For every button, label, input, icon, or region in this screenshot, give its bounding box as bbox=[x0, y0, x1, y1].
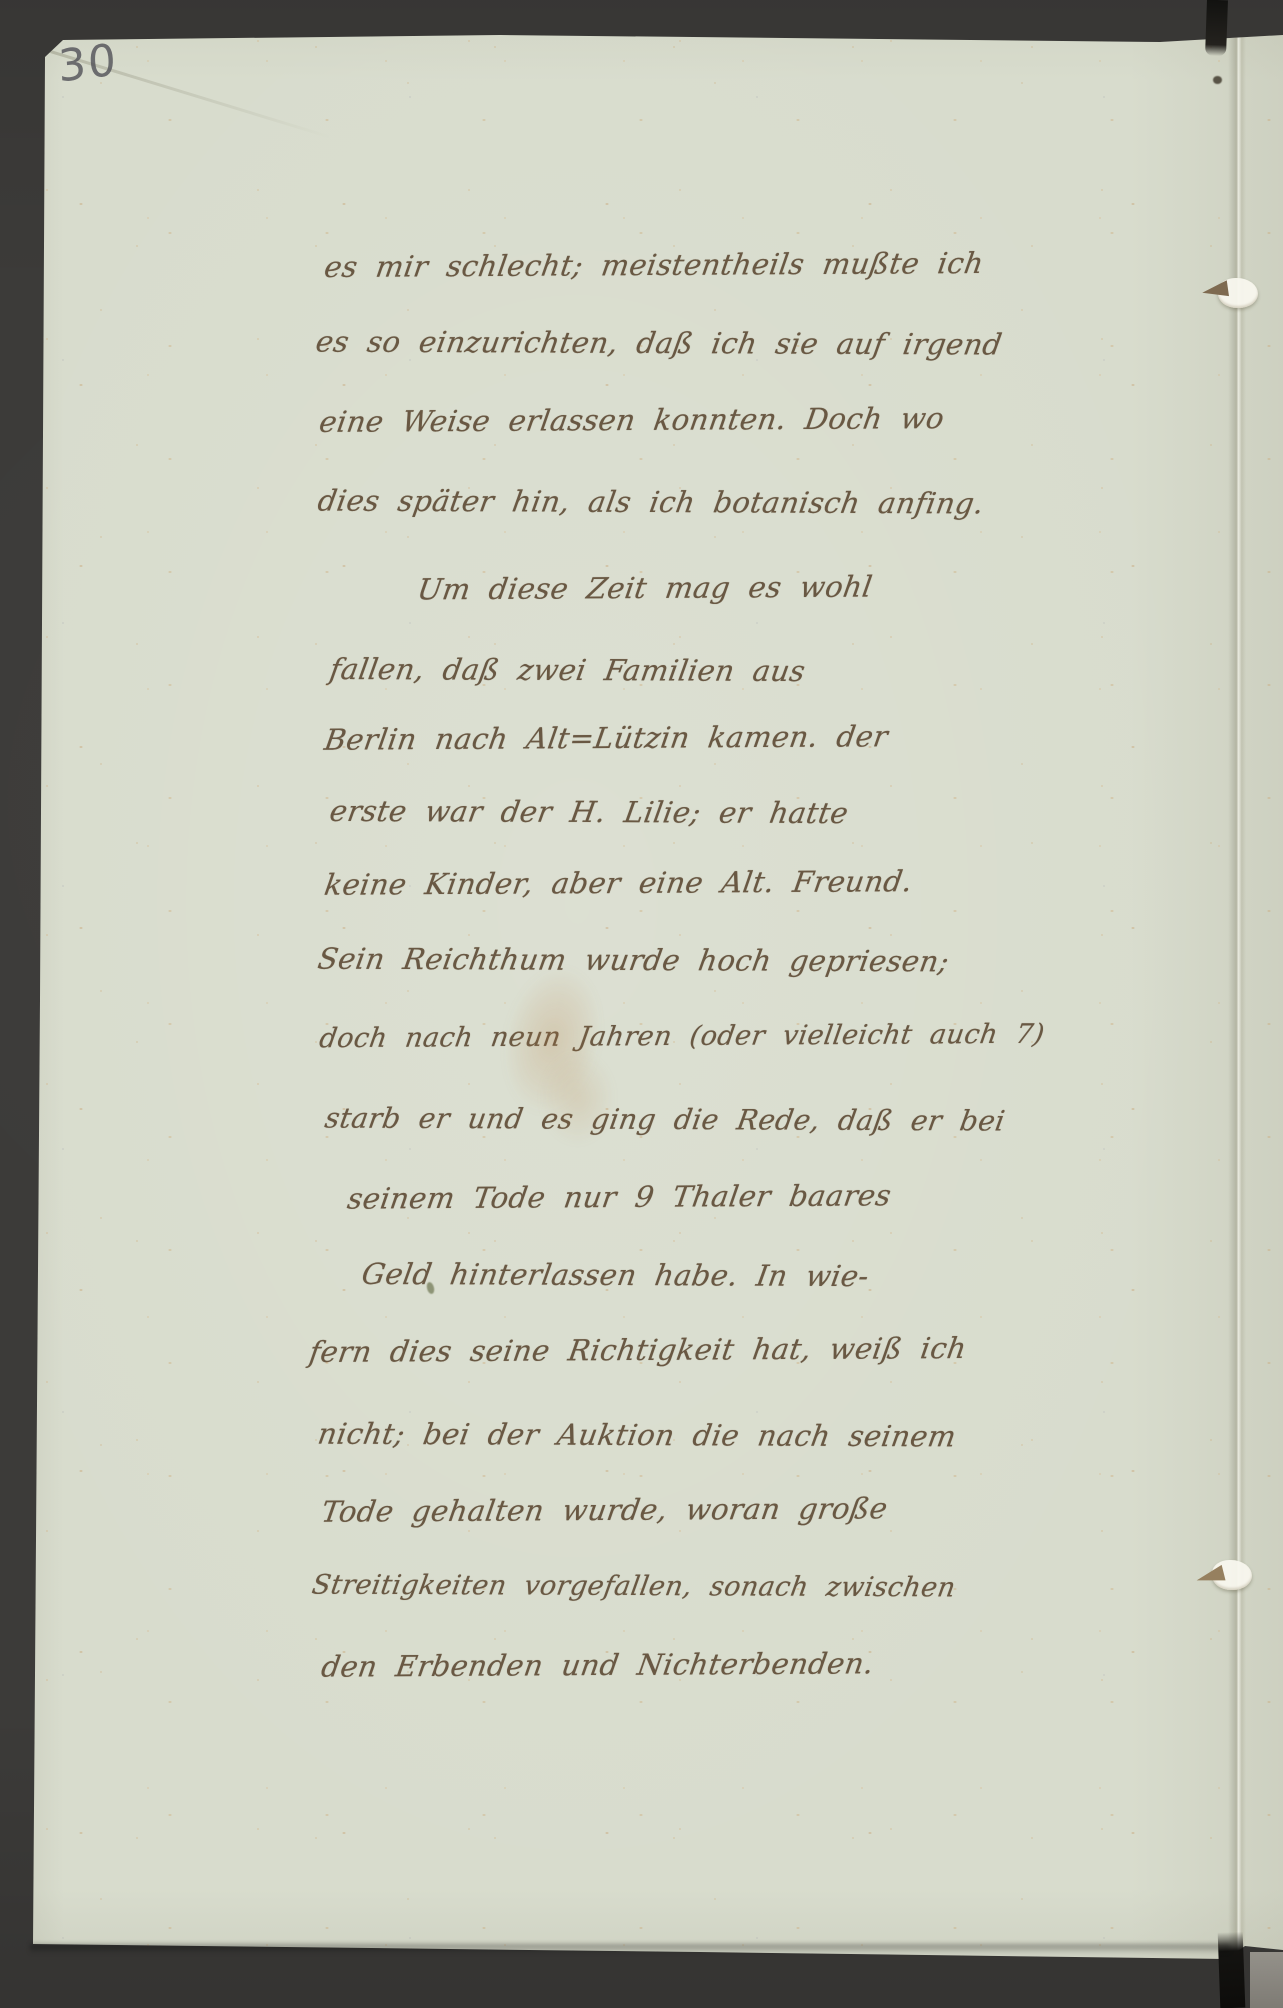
manuscript-page: 30 es mir schlecht; meistentheils mußte … bbox=[0, 0, 1283, 2008]
binding-crease bbox=[1228, 36, 1246, 1952]
handwriting-line: es mir schlecht; meistentheils mußte ich bbox=[322, 246, 986, 284]
paper-fibre-speckles bbox=[0, 0, 1283, 2008]
handwriting-line: erste war der H. Lilie; er hatte bbox=[327, 794, 851, 830]
dark-fleck bbox=[1213, 76, 1222, 84]
handwriting-line: Sein Reichthum wurde hoch gepriesen; bbox=[315, 942, 951, 979]
handwriting-line: Streitigkeiten vorgefallen, sonach zwisc… bbox=[310, 1570, 958, 1604]
handwriting-line: Um diese Zeit mag es wohl bbox=[415, 570, 875, 607]
handwriting-line: fern dies seine Richtigkeit hat, weiß ic… bbox=[307, 1331, 969, 1369]
handwriting-line: seinem Tode nur 9 Thaler baares bbox=[345, 1178, 893, 1215]
handwriting-line: keine Kinder, aber eine Alt. Freund. bbox=[322, 864, 915, 902]
handwriting-line: den Erbenden und Nichterbenden. bbox=[319, 1646, 876, 1683]
handwriting-line: eine Weise erlassen konnten. Doch wo bbox=[317, 401, 947, 439]
handwriting-line: es so einzurichten, daß ich sie auf irge… bbox=[313, 325, 1004, 362]
page-number: 30 bbox=[57, 34, 119, 92]
handwriting-line: Tode gehalten wurde, woran große bbox=[319, 1491, 890, 1528]
page-gap-top bbox=[1205, 0, 1228, 56]
board-corner bbox=[1250, 1952, 1283, 2008]
handwriting-line: dies später hin, als ich botanisch anfin… bbox=[315, 484, 986, 521]
handwriting-line: doch nach neun Jahren (oder vielleicht a… bbox=[317, 1019, 1046, 1054]
handwriting-line: fallen, daß zwei Familien aus bbox=[327, 652, 808, 688]
paper-stain bbox=[540, 1050, 615, 1145]
handwriting-line: Berlin nach Alt=Lützin kamen. der bbox=[322, 719, 890, 756]
handwriting-line: Geld hinterlassen habe. In wie- bbox=[359, 1257, 871, 1293]
handwriting-line: nicht; bei der Auktion die nach seinem bbox=[315, 1417, 958, 1454]
page-bottom-shadow bbox=[30, 1944, 1230, 1954]
handwriting-line: starb er und es ging die Rede, daß er be… bbox=[323, 1102, 1008, 1138]
